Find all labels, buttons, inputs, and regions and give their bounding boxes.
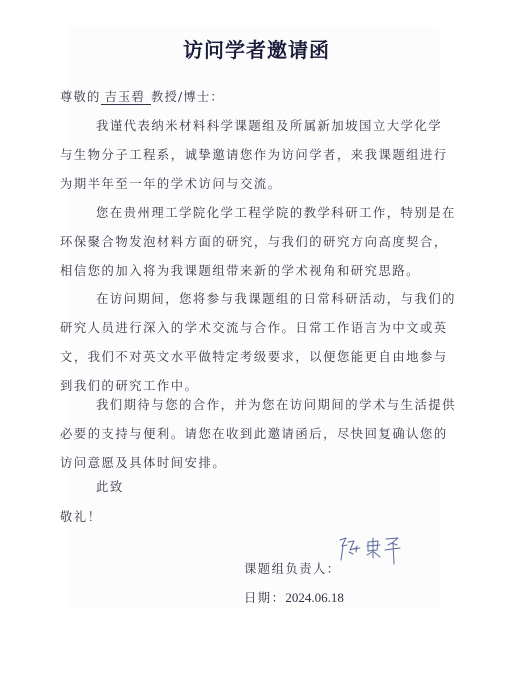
recipient-name: 吉玉碧 bbox=[101, 90, 152, 105]
paragraph-2-line-3: 相信您的加入将为我课题组带来新的学术视角和研究思路。 bbox=[60, 263, 420, 279]
paragraph-3-line-4: 到我们的研究工作中。 bbox=[60, 378, 198, 394]
letter-page bbox=[69, 26, 439, 608]
date-label: 日期： bbox=[244, 591, 285, 605]
salutation-line: 尊敬的吉玉碧教授/博士： bbox=[60, 89, 224, 105]
paragraph-1-line-1: 我谨代表纳米材料科学课题组及所属新加坡国立大学化学 bbox=[96, 118, 442, 134]
paragraph-4-line-2: 必要的支持与便利。请您在收到此邀请函后，尽快回复确认您的 bbox=[60, 426, 448, 442]
paragraph-1-line-2: 与生物分子工程系，诚挚邀请您作为访问学者，来我课题组进行 bbox=[60, 147, 448, 163]
paragraph-4-line-3: 访问意愿及具体时间安排。 bbox=[60, 455, 226, 471]
paragraph-3-line-3: 文，我们不对英文水平做特定考级要求，以便您能更自由地参与 bbox=[60, 349, 448, 365]
date-value: 2024.06.18 bbox=[285, 590, 344, 605]
paragraph-4-line-1: 我们期待与您的合作，并为您在访问期间的学术与生活提供 bbox=[96, 397, 456, 413]
paragraph-1-line-3: 为期半年至一年的学术访问与交流。 bbox=[60, 176, 282, 192]
signer-label: 课题组负责人： bbox=[244, 559, 341, 577]
handwritten-signature-icon bbox=[334, 530, 414, 572]
paragraph-2-line-1: 您在贵州理工学院化学工程学院的教学科研工作，特别是在 bbox=[96, 205, 456, 221]
paragraph-3-line-1: 在访问期间，您将参与我课题组的日常科研活动，与我们的 bbox=[96, 291, 456, 307]
salutation-prefix: 尊敬的 bbox=[60, 90, 101, 104]
paragraph-2-line-2: 环保聚合物发泡材料方面的研究，与我们的研究方向高度契合， bbox=[60, 234, 448, 250]
closing-line-1: 此致 bbox=[96, 479, 124, 495]
date-line: 日期：2024.06.18 bbox=[244, 588, 344, 606]
page-title: 访问学者邀请函 bbox=[0, 34, 513, 63]
closing-line-2: 敬礼！ bbox=[60, 509, 102, 525]
salutation-suffix: 教授/博士： bbox=[151, 90, 224, 104]
paragraph-3-line-2: 研究人员进行深入的学术交流与合作。日常工作语言为中文或英 bbox=[60, 320, 448, 336]
